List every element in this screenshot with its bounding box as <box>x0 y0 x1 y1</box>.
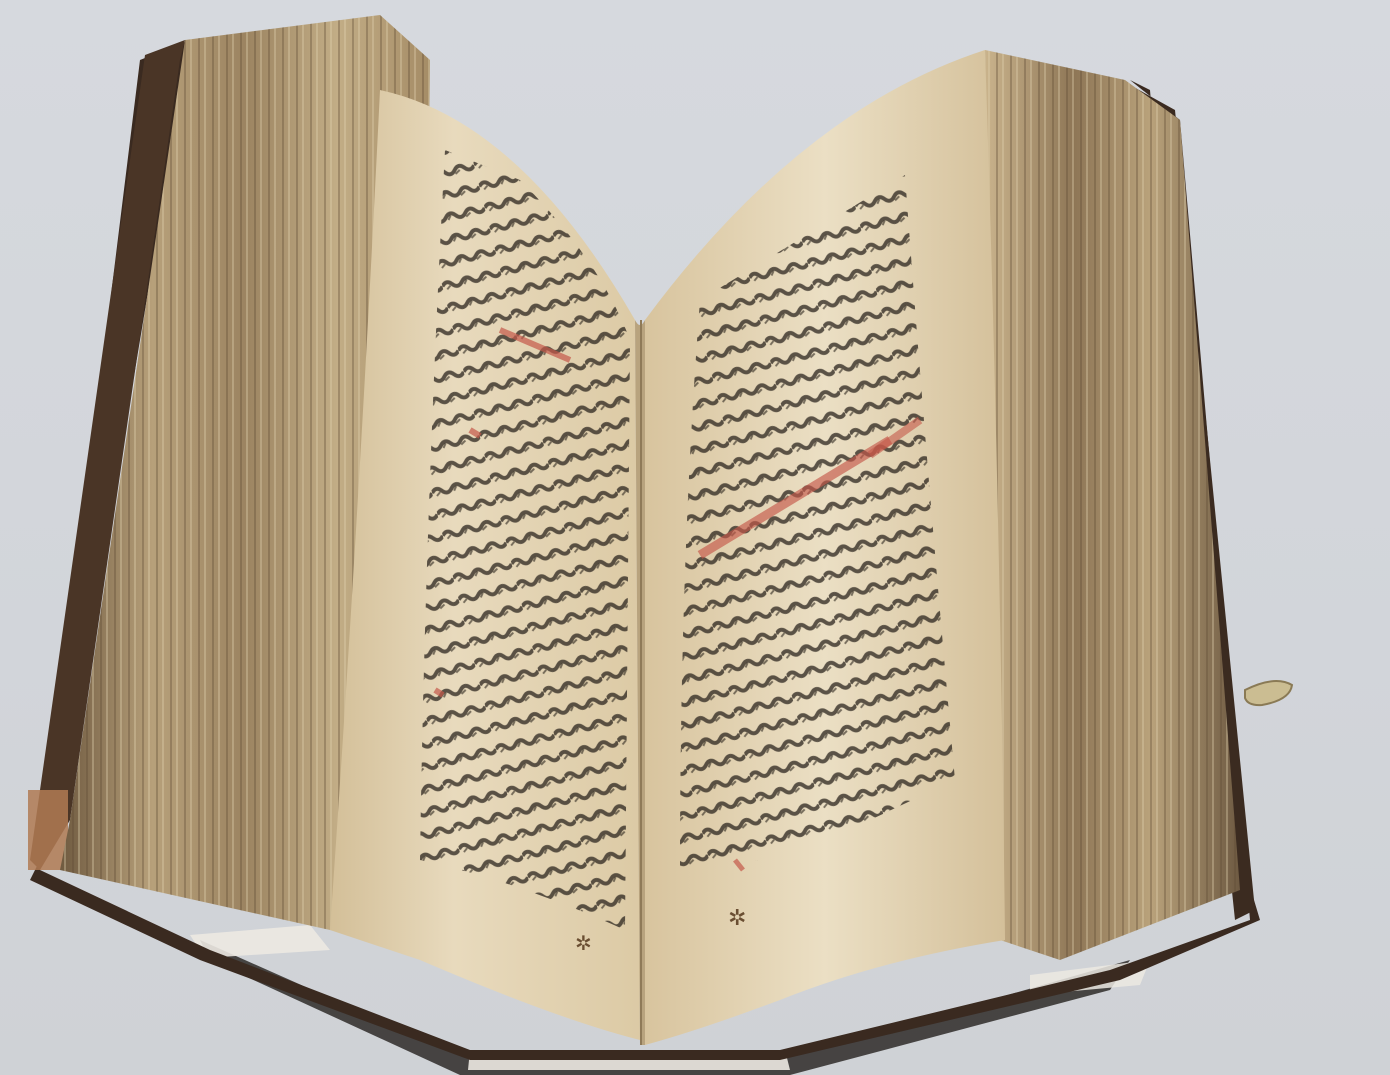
right-page: ✲ <box>645 50 1005 1045</box>
clasp-icon <box>1245 681 1292 705</box>
open-book-illustration: ✲ ✲ <box>0 0 1390 1075</box>
svg-text:✲: ✲ <box>728 906 746 931</box>
left-page: ✲ <box>330 90 640 1040</box>
svg-text:✲: ✲ <box>575 931 592 955</box>
manuscript-photo: Open ancient handwritten manuscript book… <box>0 0 1390 1075</box>
